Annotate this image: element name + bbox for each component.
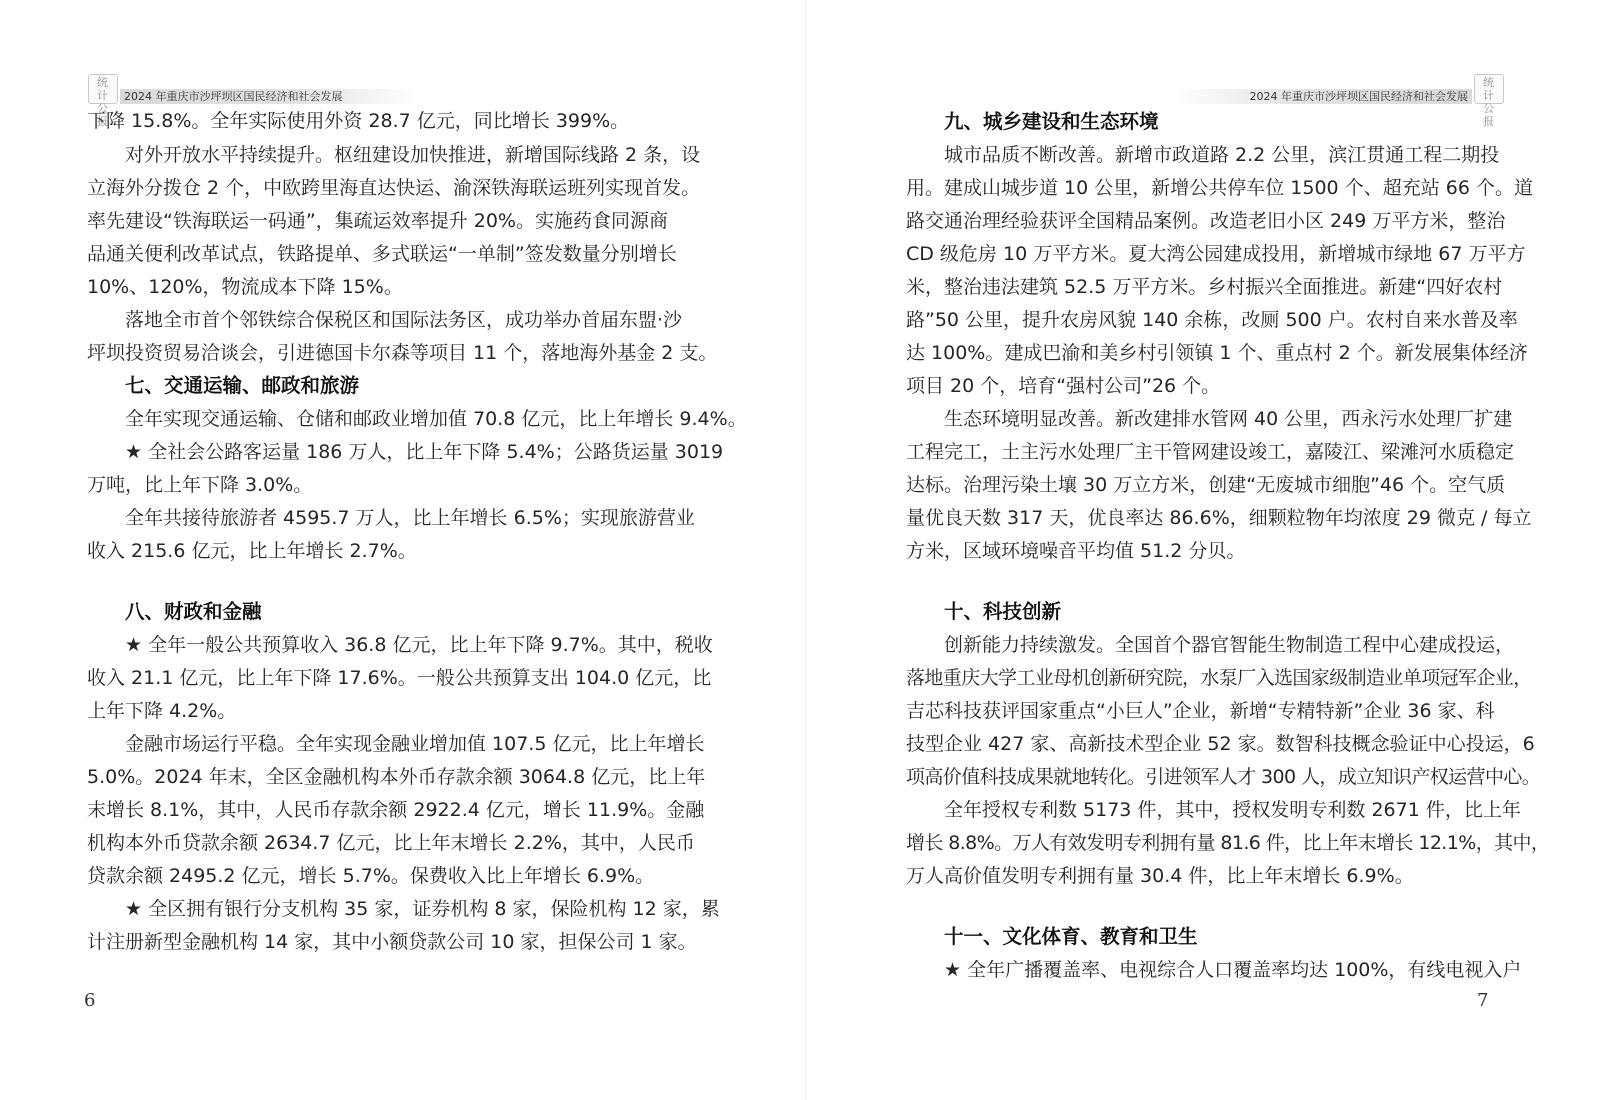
section-heading-8: 八、财政和金融 xyxy=(125,600,262,624)
paragraph-line: 末增长 8.1%，其中，人民币存款余额 2922.4 亿元，增长 11.9%。金… xyxy=(87,798,704,822)
section-heading-9: 九、城乡建设和生态环境 xyxy=(944,110,1159,134)
paragraph-line: 吉芯科技获评国家重点“小巨人”企业，新增“专精特新”企业 36 家、科 xyxy=(906,699,1495,723)
paragraph-line: 对外开放水平持续提升。枢纽建设加快推进，新增国际线路 2 条，设 xyxy=(87,143,700,167)
paragraph-line: 增长 8.8%。万人有效发明专利拥有量 81.6 件，比上年末增长 12.1%，… xyxy=(906,831,1549,855)
paragraph-line: 全年实现交通运输、仓储和邮政业增加值 70.8 亿元，比上年增长 9.4%。 xyxy=(87,407,747,431)
paragraph-line: 落地全市首个邻铁综合保税区和国际法务区，成功举办首届东盟·沙 xyxy=(87,308,682,332)
paragraph-line: 米，整治违法建筑 52.5 万平方米。乡村振兴全面推进。新建“四好农村 xyxy=(906,275,1502,299)
paragraph-line: 项高价值科技成果就地转化。引进领军人才 300 人，成立知识产权运营中心。 xyxy=(906,765,1540,789)
badge-line-1: 统 计 xyxy=(1475,76,1503,102)
header-title: 2024 年重庆市沙坪坝区国民经济和社会发展 xyxy=(1172,89,1472,104)
paragraph-line: 品通关便利改革试点，铁路提单、多式联运“一单制”签发数量分别增长 xyxy=(87,242,677,266)
paragraph-line: 创新能力持续激发。全国首个器官智能生物制造工程中心建成投运， xyxy=(906,633,1514,657)
paragraph-line: 率先建设“铁海联运一码通”，集疏运效率提升 20%。实施药食同源商 xyxy=(87,209,668,233)
paragraph-line: 收入 215.6 亿元，比上年增长 2.7%。 xyxy=(87,539,417,563)
paragraph-line: 达 100%。建成巴渝和美乡村引领镇 1 个、重点村 2 个。新发展集体经济 xyxy=(906,341,1528,365)
paragraph-line: 落地重庆大学工业母机创新研究院，水泵厂入选国家级制造业单项冠军企业， xyxy=(906,666,1532,690)
paragraph-line: 路”50 公里，提升农房风貌 140 余栋，改厕 500 户。农村自来水普及率 xyxy=(906,308,1518,332)
paragraph-line: 技型企业 427 家、高新技术型企业 52 家。数智科技概念验证中心投运，6 xyxy=(906,732,1535,756)
paragraph-line: 全年共接待旅游者 4595.7 万人，比上年增长 6.5%；实现旅游营业 xyxy=(87,506,695,530)
paragraph-line: 工程完工，土主污水处理厂主干管网建设竣工，嘉陵江、梁滩河水质稳定 xyxy=(906,440,1514,464)
paragraph-line: 立海外分拨仓 2 个，中欧跨里海直达快运、渝深铁海联运班列实现首发。 xyxy=(87,176,700,200)
paragraph-line: 计注册新型金融机构 14 家，其中小额贷款公司 10 家，担保公司 1 家。 xyxy=(87,930,697,954)
paragraph-line: 收入 21.1 亿元，比上年下降 17.6%。一般公共预算支出 104.0 亿元… xyxy=(87,666,711,690)
page-right: 2024 年重庆市沙坪坝区国民经济和社会发展 统 计 公 报 九、城乡建设和生态… xyxy=(806,0,1611,1100)
paragraph-line: 方米，区域环境噪音平均值 51.2 分贝。 xyxy=(906,539,1245,563)
paragraph-line: 项目 20 个，培育“强村公司”26 个。 xyxy=(906,374,1220,398)
paragraph-line: ★ 全年一般公共预算收入 36.8 亿元，比上年下降 9.7%。其中，税收 xyxy=(87,633,713,657)
paragraph-line: 万吨，比上年下降 3.0%。 xyxy=(87,473,312,497)
badge-line-1: 统 计 xyxy=(89,76,117,102)
paragraph-line: 路交通治理经验获评全国精品案例。改造老旧小区 249 万平方米，整治 xyxy=(906,209,1505,233)
paragraph-line: 机构本外币贷款余额 2634.7 亿元，比上年末增长 2.2%，其中，人民币 xyxy=(87,831,695,855)
section-heading-11: 十一、文化体育、教育和卫生 xyxy=(944,925,1198,949)
page-number: 6 xyxy=(84,990,95,1011)
section-heading-7: 七、交通运输、邮政和旅游 xyxy=(125,374,359,398)
paragraph-line: 生态环境明显改善。新改建排水管网 40 公里，西永污水处理厂扩建 xyxy=(906,407,1512,431)
paragraph-line: 量优良天数 317 天，优良率达 86.6%，细颗粒物年均浓度 29 微克 / … xyxy=(906,506,1531,530)
running-header: 2024 年重庆市沙坪坝区国民经济和社会发展 统 计 公 报 xyxy=(1186,74,1504,104)
paragraph-line: 坪坝投资贸易洽谈会，引进德国卡尔森等项目 11 个，落地海外基金 2 支。 xyxy=(87,341,717,365)
bulletin-badge: 统 计 公 报 xyxy=(88,74,118,104)
header-title: 2024 年重庆市沙坪坝区国民经济和社会发展 xyxy=(120,89,420,104)
section-heading-10: 十、科技创新 xyxy=(944,600,1061,624)
running-header: 统 计 公 报 2024 年重庆市沙坪坝区国民经济和社会发展 xyxy=(88,74,418,104)
paragraph-line: 贷款余额 2495.2 亿元，增长 5.7%。保费收入比上年增长 6.9%。 xyxy=(87,864,654,888)
paragraph-line: ★ 全区拥有银行分支机构 35 家，证券机构 8 家，保险机构 12 家，累 xyxy=(87,897,720,921)
paragraph-line: 达标。治理污染土壤 30 万立方米，创建“无废城市细胞”46 个。空气质 xyxy=(906,473,1505,497)
page-left: 统 计 公 报 2024 年重庆市沙坪坝区国民经济和社会发展 下降 15.8%。… xyxy=(0,0,805,1100)
paragraph-line: 全年授权专利数 5173 件，其中，授权发明专利数 2671 件，比上年 xyxy=(906,798,1521,822)
paragraph-line: 城市品质不断改善。新增市政道路 2.2 公里，滨江贯通工程二期投 xyxy=(906,143,1499,167)
paragraph-line: 上年下降 4.2%。 xyxy=(87,699,236,723)
badge-line-2: 公 报 xyxy=(1475,102,1503,128)
page-number: 7 xyxy=(1477,990,1488,1011)
paragraph-line: 10%、120%，物流成本下降 15%。 xyxy=(87,275,403,299)
bulletin-badge: 统 计 公 报 xyxy=(1474,74,1504,104)
paragraph-line: ★ 全年广播覆盖率、电视综合人口覆盖率均达 100%，有线电视入户 xyxy=(906,958,1521,982)
paragraph-line: 万人高价值发明专利拥有量 30.4 件，比上年末增长 6.9%。 xyxy=(906,864,1414,888)
paragraph-line: 5.0%。2024 年末，全区金融机构本外币存款余额 3064.8 亿元，比上年 xyxy=(87,765,705,789)
paragraph-line: 用。建成山城步道 10 公里，新增公共停车位 1500 个、超充站 66 个。道 xyxy=(906,176,1533,200)
paragraph-line: 金融市场运行平稳。全年实现金融业增加值 107.5 亿元，比上年增长 xyxy=(87,732,704,756)
paragraph-line: CD 级危房 10 万平方米。夏大湾公园建成投用，新增城市绿地 67 万平方 xyxy=(906,242,1525,266)
paragraph-line: 下降 15.8%。全年实际使用外资 28.7 亿元，同比增长 399%。 xyxy=(87,109,629,133)
paragraph-line: ★ 全社会公路客运量 186 万人，比上年下降 5.4%；公路货运量 3019 xyxy=(87,440,723,464)
